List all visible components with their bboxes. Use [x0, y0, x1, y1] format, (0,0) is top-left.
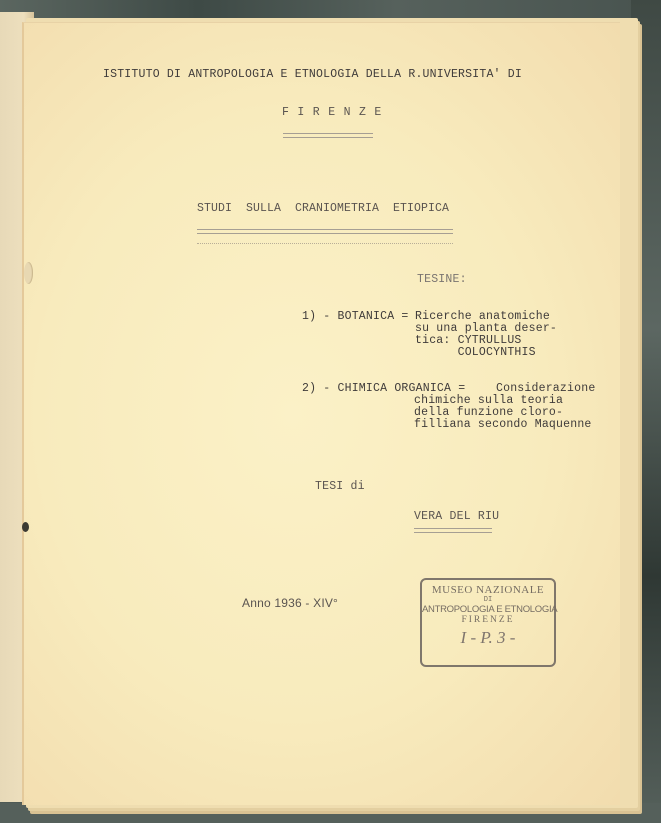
binding-notch	[24, 262, 33, 284]
binding-hole	[22, 522, 29, 532]
tesine-label: TESINE:	[417, 274, 467, 286]
stamp-museum-name: MUSEO NAZIONALE	[422, 585, 554, 596]
museum-stamp: MUSEO NAZIONALE DI ANTROPOLOGIA E ETNOLO…	[420, 578, 556, 667]
stamp-city: FIRENZE	[422, 615, 554, 626]
stamp-di: DI	[422, 596, 554, 604]
tesina-1-heading: 1) - BOTANICA =	[302, 311, 416, 323]
year-line: Anno 1936 - XIV°	[242, 597, 338, 609]
thesis-title: STUDI SULLA CRANIOMETRIA ETIOPICA	[197, 203, 449, 215]
stamp-department: ANTROPOLOGIA E ETNOLOGIA	[422, 604, 554, 615]
city-underline	[283, 133, 373, 138]
title-dotted-line	[197, 243, 453, 245]
author-underline	[414, 528, 492, 533]
title-underline	[197, 229, 453, 234]
city-heading: F I R E N Z E	[282, 107, 382, 119]
thesis-by-label: TESI di	[315, 481, 365, 493]
stamp-handwritten-code: I - P. 3 -	[422, 629, 554, 647]
institution-header: ISTITUTO DI ANTROPOLOGIA E ETNOLOGIA DEL…	[103, 69, 522, 81]
author-name: VERA DEL RIU	[414, 511, 499, 523]
tesina-2-line-4: filliana secondo Maquenne	[414, 419, 592, 431]
tesina-1-line-4: COLOCYNTHIS	[415, 347, 536, 359]
